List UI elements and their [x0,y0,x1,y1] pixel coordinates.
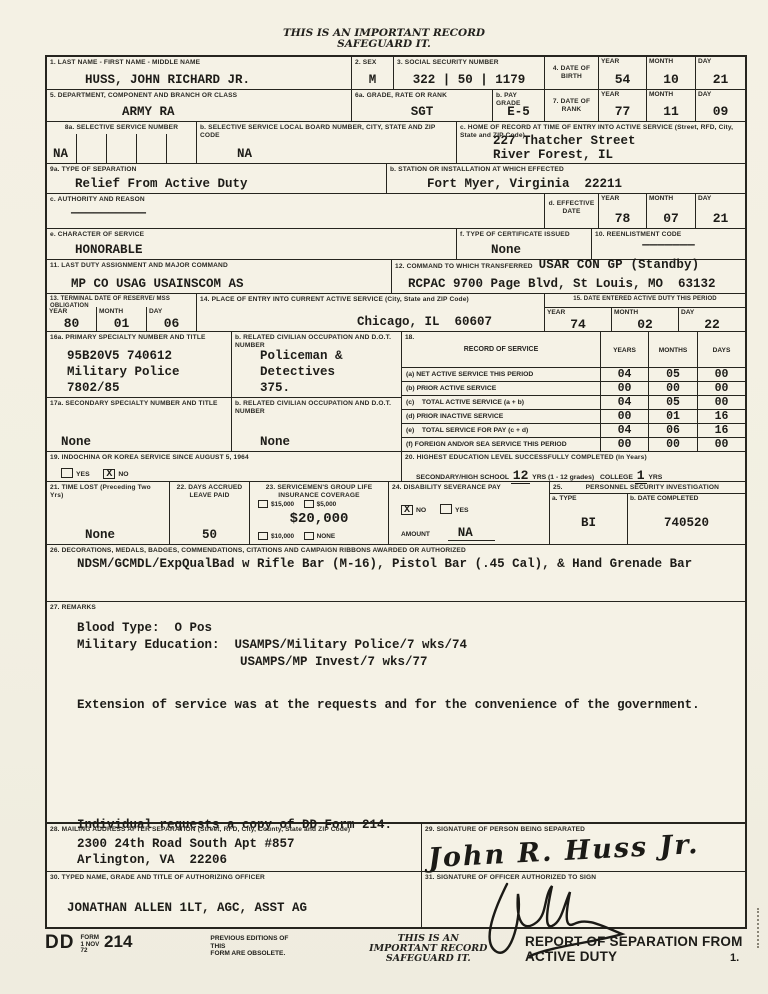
field-terminal-month-value: 01 [97,316,146,333]
field-dob-day-value: 21 [696,66,745,89]
field-local-board-value: NA [197,147,456,161]
field-authority-reason: c. AUTHORITY AND REASON —————————— [47,194,545,228]
page-number: 1. [730,952,739,964]
service-row-d: (d) PRIOR INACTIVE SERVICE 00 01 16 [402,410,745,424]
field-rank-year-value: 77 [599,99,646,121]
field-rank-month: MONTH 11 [647,90,696,121]
checkbox-sgli-10000 [258,532,268,540]
footer-form-number: 214 [104,932,132,952]
field-command-label: 12. COMMAND TO WHICH TRANSFERRED [395,263,533,271]
service-row-e: (e) TOTAL SERVICE FOR PAY (c + d) 04 06 … [402,424,745,438]
field-disability-label: 24. DISABILITY SEVERANCE PAY [389,482,549,492]
field-station-value: Fort Myer, Virginia 22211 [387,177,745,191]
field-sex-value: M [352,73,393,87]
field-dob-month-value: 10 [647,66,695,89]
field-terminal-year-value: 80 [47,316,96,333]
footer-obsolete-note: PREVIOUS EDITIONS OF THIS FORM ARE OBSOL… [210,935,295,958]
field-mailing-address: 28. MAILING ADDRESS AFTER SEPARATION (St… [47,824,422,871]
record-of-service-table: 18. RECORD OF SERVICE YEARS MONTHS DAYS … [402,332,745,451]
field-related-occupation-secondary: b. RELATED CIVILIAN OCCUPATION AND D.O.T… [232,398,401,451]
checkbox-disability-yes [440,504,452,514]
field-authorizing-officer-value: JONATHAN ALLEN 1LT, AGC, ASST AG [47,901,421,915]
field-related-occupation-primary: b. RELATED CIVILIAN OCCUPATION AND D.O.T… [232,332,401,397]
field-security-title: PERSONNEL SECURITY INVESTIGATION [563,484,742,492]
form-footer: DD FORM 1 NOV 72 214 PREVIOUS EDITIONS O… [45,932,747,964]
field-date-entered: 15. DATE ENTERED ACTIVE DUTY THIS PERIOD… [545,294,745,331]
row-selective-service: 8a. SELECTIVE SERVICE NUMBER NA b. SELEC… [47,122,745,164]
field-date-of-rank-caption: 7. DATE OF RANK [545,90,599,121]
field-department-value: ARMY RA [47,105,351,119]
field-days-accrued-leave: 22. DAYS ACCRUED LEAVE PAID 50 [170,482,250,544]
field-personnel-security: 25. PERSONNEL SECURITY INVESTIGATION a. … [550,482,745,544]
field-grade-value: SGT [352,105,492,119]
field-related-occupation-primary-label: b. RELATED CIVILIAN OCCUPATION AND D.O.T… [232,332,401,349]
field-reenlistment-value: ——————— [592,238,745,252]
row-remarks: 27. REMARKS Blood Type: O Pos Military E… [47,602,745,824]
footer-report-title: REPORT OF SEPARATION FROM ACTIVE DUTY [525,934,747,964]
row-mailing-signature: 28. MAILING ADDRESS AFTER SEPARATION (St… [47,824,745,872]
mailing-address-line2: Arlington, VA 22206 [77,852,295,868]
field-selective-service-number-value: NA [47,147,76,161]
checkbox-disability-no: X [401,505,413,515]
remarks-line3: USAMPS/MP Invest/7 wks/77 [240,654,737,671]
field-sgli-coverage: 23. SERVICEMEN'S GROUP LIFE INSURANCE CO… [250,482,389,544]
field-station: b. STATION OR INSTALLATION AT WHICH EFFE… [387,164,745,193]
field-selective-service-number: 8a. SELECTIVE SERVICE NUMBER NA [47,122,197,163]
field-last-duty: 11. LAST DUTY ASSIGNMENT AND MAJOR COMMA… [47,260,392,293]
field-secondary-specialty-value: None [47,435,231,449]
checkbox-indochina-no: X [103,469,115,479]
field-amount-label: AMOUNT [401,531,430,538]
field-rank-day-value: 09 [696,99,745,121]
field-security-date-label: b. DATE COMPLETED [628,494,745,503]
field-place-of-entry-value: Chicago, IL 60607 [197,315,544,329]
service-row-c: (c) TOTAL ACTIVE SERVICE (a + b) 04 05 0… [402,396,745,410]
row-indochina-education: 19. INDOCHINA OR KOREA SERVICE SINCE AUG… [47,452,745,482]
row-terminal-date-entry: 13. TERMINAL DATE OF RESERVE/ MSS OBLIGA… [47,294,745,332]
field-effective-year: YEAR 78 [599,194,647,228]
field-department: 5. DEPARTMENT, COMPONENT AND BRANCH OR C… [47,90,352,121]
remarks-line1: Blood Type: O Pos [77,620,737,637]
remarks-line4: Extension of service was at the requests… [77,697,737,714]
field-indochina-service: 19. INDOCHINA OR KOREA SERVICE SINCE AUG… [47,452,402,481]
field-ssn-value: 322 | 50 | 1179 [394,73,544,87]
field-effective-month: MONTH 07 [647,194,696,228]
checkbox-sgli-5000 [304,500,314,508]
field-certificate-label: f. TYPE OF CERTIFICATE ISSUED [457,229,591,239]
field-related-occupation-secondary-value: None [232,435,401,449]
field-sex-label: 2. SEX [352,57,393,67]
field-authority-value: —————————— [47,206,544,220]
field-member-signature: 29. SIGNATURE OF PERSON BEING SEPARATED … [422,824,745,871]
field-rank-day: DAY 09 [696,90,745,121]
field-home-of-record-line1: 227 Thatcher Street [493,134,636,148]
remarks-line2: Military Education: USAMPS/Military Poli… [77,637,737,654]
field-authority-label: c. AUTHORITY AND REASON [47,194,544,204]
member-signature: John R. Huss Jr. [427,829,700,874]
field-education-line: SECONDARY/HIGH SCHOOL 12 YRS (1 - 12 gra… [402,462,745,483]
field-time-lost-value: None [47,528,169,542]
field-date-of-rank-label: 7. DATE OF RANK [545,90,598,113]
field-command-inline-value: USAR CON GP (Standby) [539,262,700,270]
footer-important-record-notice: THIS IS AN IMPORTANT RECORD SAFEGUARD IT… [363,934,493,964]
field-security-date-value: 740520 [628,516,745,530]
service-row-b: (b) PRIOR ACTIVE SERVICE 00 00 00 [402,382,745,396]
field-grade-label: 6a. GRADE, RATE OR RANK [352,90,492,100]
field-days-leave-value: 50 [170,528,249,542]
field-type-of-separation: 9a. TYPE OF SEPARATION Relief From Activ… [47,164,387,193]
field-disability-severance: 24. DISABILITY SEVERANCE PAY XNO YES AMO… [389,482,550,544]
checkbox-sgli-none [304,532,314,540]
field-security-type-label: a. TYPE [550,494,627,503]
row-specialty-record-of-service: 16a. PRIMARY SPECIALTY NUMBER AND TITLE … [47,332,745,452]
page-edge-marks [757,908,759,948]
field-ssn: 3. SOCIAL SECURITY NUMBER 322 | 50 | 117… [394,57,545,89]
field-last-name-value: HUSS, JOHN RICHARD JR. [47,73,351,87]
top-important-record-notice: THIS IS AN IMPORTANT RECORD SAFEGUARD IT… [0,28,768,50]
field-ssn-selective-label: 8a. SELECTIVE SERVICE NUMBER [47,122,196,132]
field-character-of-service: e. CHARACTER OF SERVICE HONORABLE [47,229,457,259]
field-certificate-value: None [457,243,591,257]
field-security-type-value: BI [550,516,627,530]
field-sgli-label: 23. SERVICEMEN'S GROUP LIFE INSURANCE CO… [250,482,388,499]
field-secondary-specialty-label: 17a. SECONDARY SPECIALTY NUMBER AND TITL… [47,398,231,408]
row-type-of-separation: 9a. TYPE OF SEPARATION Relief From Activ… [47,164,745,194]
field-effective-date-label: d. EFFECTIVE DATE [545,194,598,215]
service-row-f: (f) FOREIGN AND/OR SEA SERVICE THIS PERI… [402,438,745,452]
field-primary-specialty: 16a. PRIMARY SPECIALTY NUMBER AND TITLE … [47,332,232,397]
field-type-of-separation-label: 9a. TYPE OF SEPARATION [47,164,386,174]
field-secondary-specialty: 17a. SECONDARY SPECIALTY NUMBER AND TITL… [47,398,232,451]
field-days-leave-label: 22. DAYS ACCRUED LEAVE PAID [170,482,249,499]
field-local-board-label: b. SELECTIVE SERVICE LOCAL BOARD NUMBER,… [197,122,456,139]
field-dob-label: 4. DATE OF BIRTH [545,57,598,80]
field-grade: 6a. GRADE, RATE OR RANK SGT [352,90,493,121]
dd214-form: 1. LAST NAME - FIRST NAME - MIDDLE NAME … [45,55,747,929]
field-last-name-label: 1. LAST NAME - FIRST NAME - MIDDLE NAME [47,57,351,67]
field-certificate-issued: f. TYPE OF CERTIFICATE ISSUED None [457,229,592,259]
field-amount-value: NA [448,526,495,541]
checkbox-indochina-yes [61,468,73,478]
field-effective-year-value: 78 [599,203,646,228]
field-education-label: 20. HIGHEST EDUCATION LEVEL SUCCESSFULLY… [402,452,745,462]
field-character-label: e. CHARACTER OF SERVICE [47,229,456,239]
field-dob-year: YEAR 54 [599,57,647,89]
field-ssn-label: 3. SOCIAL SECURITY NUMBER [394,57,544,67]
mailing-address-line1: 2300 24th Road South Apt #857 [77,836,295,852]
field-time-lost-label: 21. TIME LOST (Preceding Two Yrs) [47,482,169,499]
field-decorations: 26. DECORATIONS, MEDALS, BADGES, COMMEND… [47,545,745,601]
field-related-occupation-secondary-label: b. RELATED CIVILIAN OCCUPATION AND D.O.T… [232,398,401,415]
field-last-duty-value: MP CO USAG USAINSCOM AS [47,277,391,291]
field-home-of-record-line2: River Forest, IL [493,148,636,162]
field-mailing-address-label: 28. MAILING ADDRESS AFTER SEPARATION (St… [47,824,421,834]
field-dob-month: MONTH 10 [647,57,696,89]
field-pay-grade: b. PAY GRADE E-5 [493,90,545,121]
field-station-label: b. STATION OR INSTALLATION AT WHICH EFFE… [387,164,745,174]
field-sgli-typed-amount: $20,000 [250,511,388,527]
field-rank-year: YEAR 77 [599,90,647,121]
field-authorizing-officer: 30. TYPED NAME, GRADE AND TITLE OF AUTHO… [47,872,422,929]
field-reenlistment-code: 10. REENLISTMENT CODE ——————— [592,229,745,259]
field-rank-month-value: 11 [647,99,695,121]
field-effective-day: DAY 21 [696,194,745,228]
field-authorizing-officer-label: 30. TYPED NAME, GRADE AND TITLE OF AUTHO… [47,872,421,882]
field-remarks-label: 27. REMARKS [47,602,745,612]
field-officer-signature: 31. SIGNATURE OF OFFICER AUTHORIZED TO S… [422,872,745,929]
field-sex: 2. SEX M [352,57,394,89]
field-effective-month-value: 07 [647,203,695,228]
field-command-line2: RCPAC 9700 Page Blvd, St Louis, MO 63132 [392,277,745,291]
row-authority-effective-date: c. AUTHORITY AND REASON —————————— d. EF… [47,194,745,229]
field-place-of-entry-label: 14. PLACE OF ENTRY INTO CURRENT ACTIVE S… [197,294,544,304]
field-dob-day: DAY 21 [696,57,745,89]
field-local-board: b. SELECTIVE SERVICE LOCAL BOARD NUMBER,… [197,122,457,163]
field-remarks: 27. REMARKS Blood Type: O Pos Military E… [47,602,745,822]
field-effective-date-caption: d. EFFECTIVE DATE [545,194,599,228]
field-time-lost: 21. TIME LOST (Preceding Two Yrs) None [47,482,170,544]
field-date-entered-label: 15. DATE ENTERED ACTIVE DUTY THIS PERIOD [545,294,745,303]
row-authorizing-officer: 30. TYPED NAME, GRADE AND TITLE OF AUTHO… [47,872,745,929]
field-dob-caption: 4. DATE OF BIRTH [545,57,599,89]
checkbox-sgli-15000 [258,500,268,508]
field-command-transferred: 12. COMMAND TO WHICH TRANSFERRED USAR CO… [392,260,745,293]
field-place-of-entry: 14. PLACE OF ENTRY INTO CURRENT ACTIVE S… [197,294,545,331]
footer-form-edition: FORM 1 NOV 72 [80,935,100,955]
footer-dd: DD [45,932,74,954]
field-type-of-separation-value: Relief From Active Duty [47,177,386,191]
field-primary-specialty-label: 16a. PRIMARY SPECIALTY NUMBER AND TITLE [47,332,231,342]
field-pay-grade-value: E-5 [493,105,544,119]
row-last-duty-command: 11. LAST DUTY ASSIGNMENT AND MAJOR COMMA… [47,260,745,294]
field-effective-day-value: 21 [696,203,745,228]
row-time-lost-sgli-disability: 21. TIME LOST (Preceding Two Yrs) None 2… [47,482,745,545]
row-department-grade: 5. DEPARTMENT, COMPONENT AND BRANCH OR C… [47,90,745,122]
field-character-value: HONORABLE [47,243,456,257]
field-decorations-value: NDSM/GCMDL/ExpQualBad w Rifle Bar (M-16)… [77,557,692,571]
row-decorations: 26. DECORATIONS, MEDALS, BADGES, COMMEND… [47,545,745,602]
record-of-service-title: RECORD OF SERVICE [402,332,600,353]
field-decorations-label: 26. DECORATIONS, MEDALS, BADGES, COMMEND… [47,545,745,555]
field-indochina-label: 19. INDOCHINA OR KOREA SERVICE SINCE AUG… [47,452,401,462]
service-row-a: (a) NET ACTIVE SERVICE THIS PERIOD 04 05… [402,368,745,382]
field-terminal-date: 13. TERMINAL DATE OF RESERVE/ MSS OBLIGA… [47,294,197,331]
field-last-name: 1. LAST NAME - FIRST NAME - MIDDLE NAME … [47,57,352,89]
field-last-duty-label: 11. LAST DUTY ASSIGNMENT AND MAJOR COMMA… [47,260,391,270]
row-character-of-service: e. CHARACTER OF SERVICE HONORABLE f. TYP… [47,229,745,260]
field-terminal-day-value: 06 [147,316,196,333]
field-education-level: 20. HIGHEST EDUCATION LEVEL SUCCESSFULLY… [402,452,745,481]
field-home-of-record: c. HOME OF RECORD AT TIME OF ENTRY INTO … [457,122,745,163]
row-name-sex-ssn-dob: 1. LAST NAME - FIRST NAME - MIDDLE NAME … [47,57,745,90]
field-department-label: 5. DEPARTMENT, COMPONENT AND BRANCH OR C… [47,90,351,100]
notice-line2: SAFEGUARD IT. [0,39,768,50]
field-dob-year-value: 54 [599,66,646,89]
